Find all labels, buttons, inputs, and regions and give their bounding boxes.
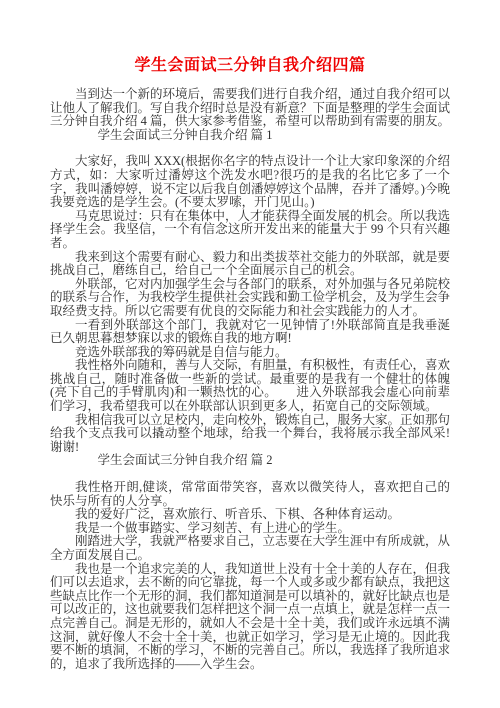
section1-paragraph: 我相信我可以立足校内，走向校外，锻炼自己，服务大家。正如那句给我个支点我可以撬动… <box>50 414 450 455</box>
section1-paragraph: 马克思说过：只有在集体中，人才能获得全面发展的机会。所以我选择学生会。我坚信，一… <box>50 210 450 251</box>
document-page: 学生会面试三分钟自我介绍四篇 当到达一个新的环境后，需要我们进行自我介绍，通过自… <box>0 0 500 708</box>
section1-paragraph: 一看到外联部这个部门，我就对它一见钟情了!外联部简直是我垂涎已久朝思暮想梦寐以求… <box>50 319 450 346</box>
section2-paragraph: 刚踏进大学，我就严格要求自己，立志要在大学生涯中有所成就，从全方面发展自己。 <box>50 535 450 562</box>
section1-paragraph: 我性格外向随和，善与人交际，有胆量，有积极性，有责任心，喜欢挑战自己，随时准备做… <box>50 359 450 413</box>
section1-heading: 学生会面试三分钟自我介绍 篇 1 <box>50 129 450 143</box>
section1-paragraph: 我来到这个需要有耐心、毅力和出类拔萃社交能力的外联部，就是要挑战自己，磨练自己，… <box>50 251 450 278</box>
intro-paragraph: 当到达一个新的环境后，需要我们进行自我介绍，通过自我介绍可以让他人了解我们。写自… <box>50 88 450 129</box>
section1-paragraph: 大家好，我叫 XXX(根据你名字的特点设计一个让大家印象深的介绍方式，如：大家听… <box>50 155 450 209</box>
section2-paragraph: 我的爱好广泛，喜欢旅行、听音乐、下棋、各种体育运动。 <box>50 508 450 522</box>
doc-title: 学生会面试三分钟自我介绍四篇 <box>50 52 450 75</box>
section2-paragraph: 我也是一个追求完美的人，我知道世上没有十全十美的人存在，但我们可以去追求，去不断… <box>50 563 450 672</box>
section2-paragraph: 我性格开朗,健谈，常常面带笑容，喜欢以微笑待人，喜欢把自己的快乐与所有的人分享。 <box>50 481 450 508</box>
section2-heading: 学生会面试三分钟自我介绍 篇 2 <box>50 454 450 468</box>
section1-paragraph: 外联部，它对内加强学生会与各部门的联系，对外加强与各兄弟院校的联系与合作，为我校… <box>50 278 450 319</box>
